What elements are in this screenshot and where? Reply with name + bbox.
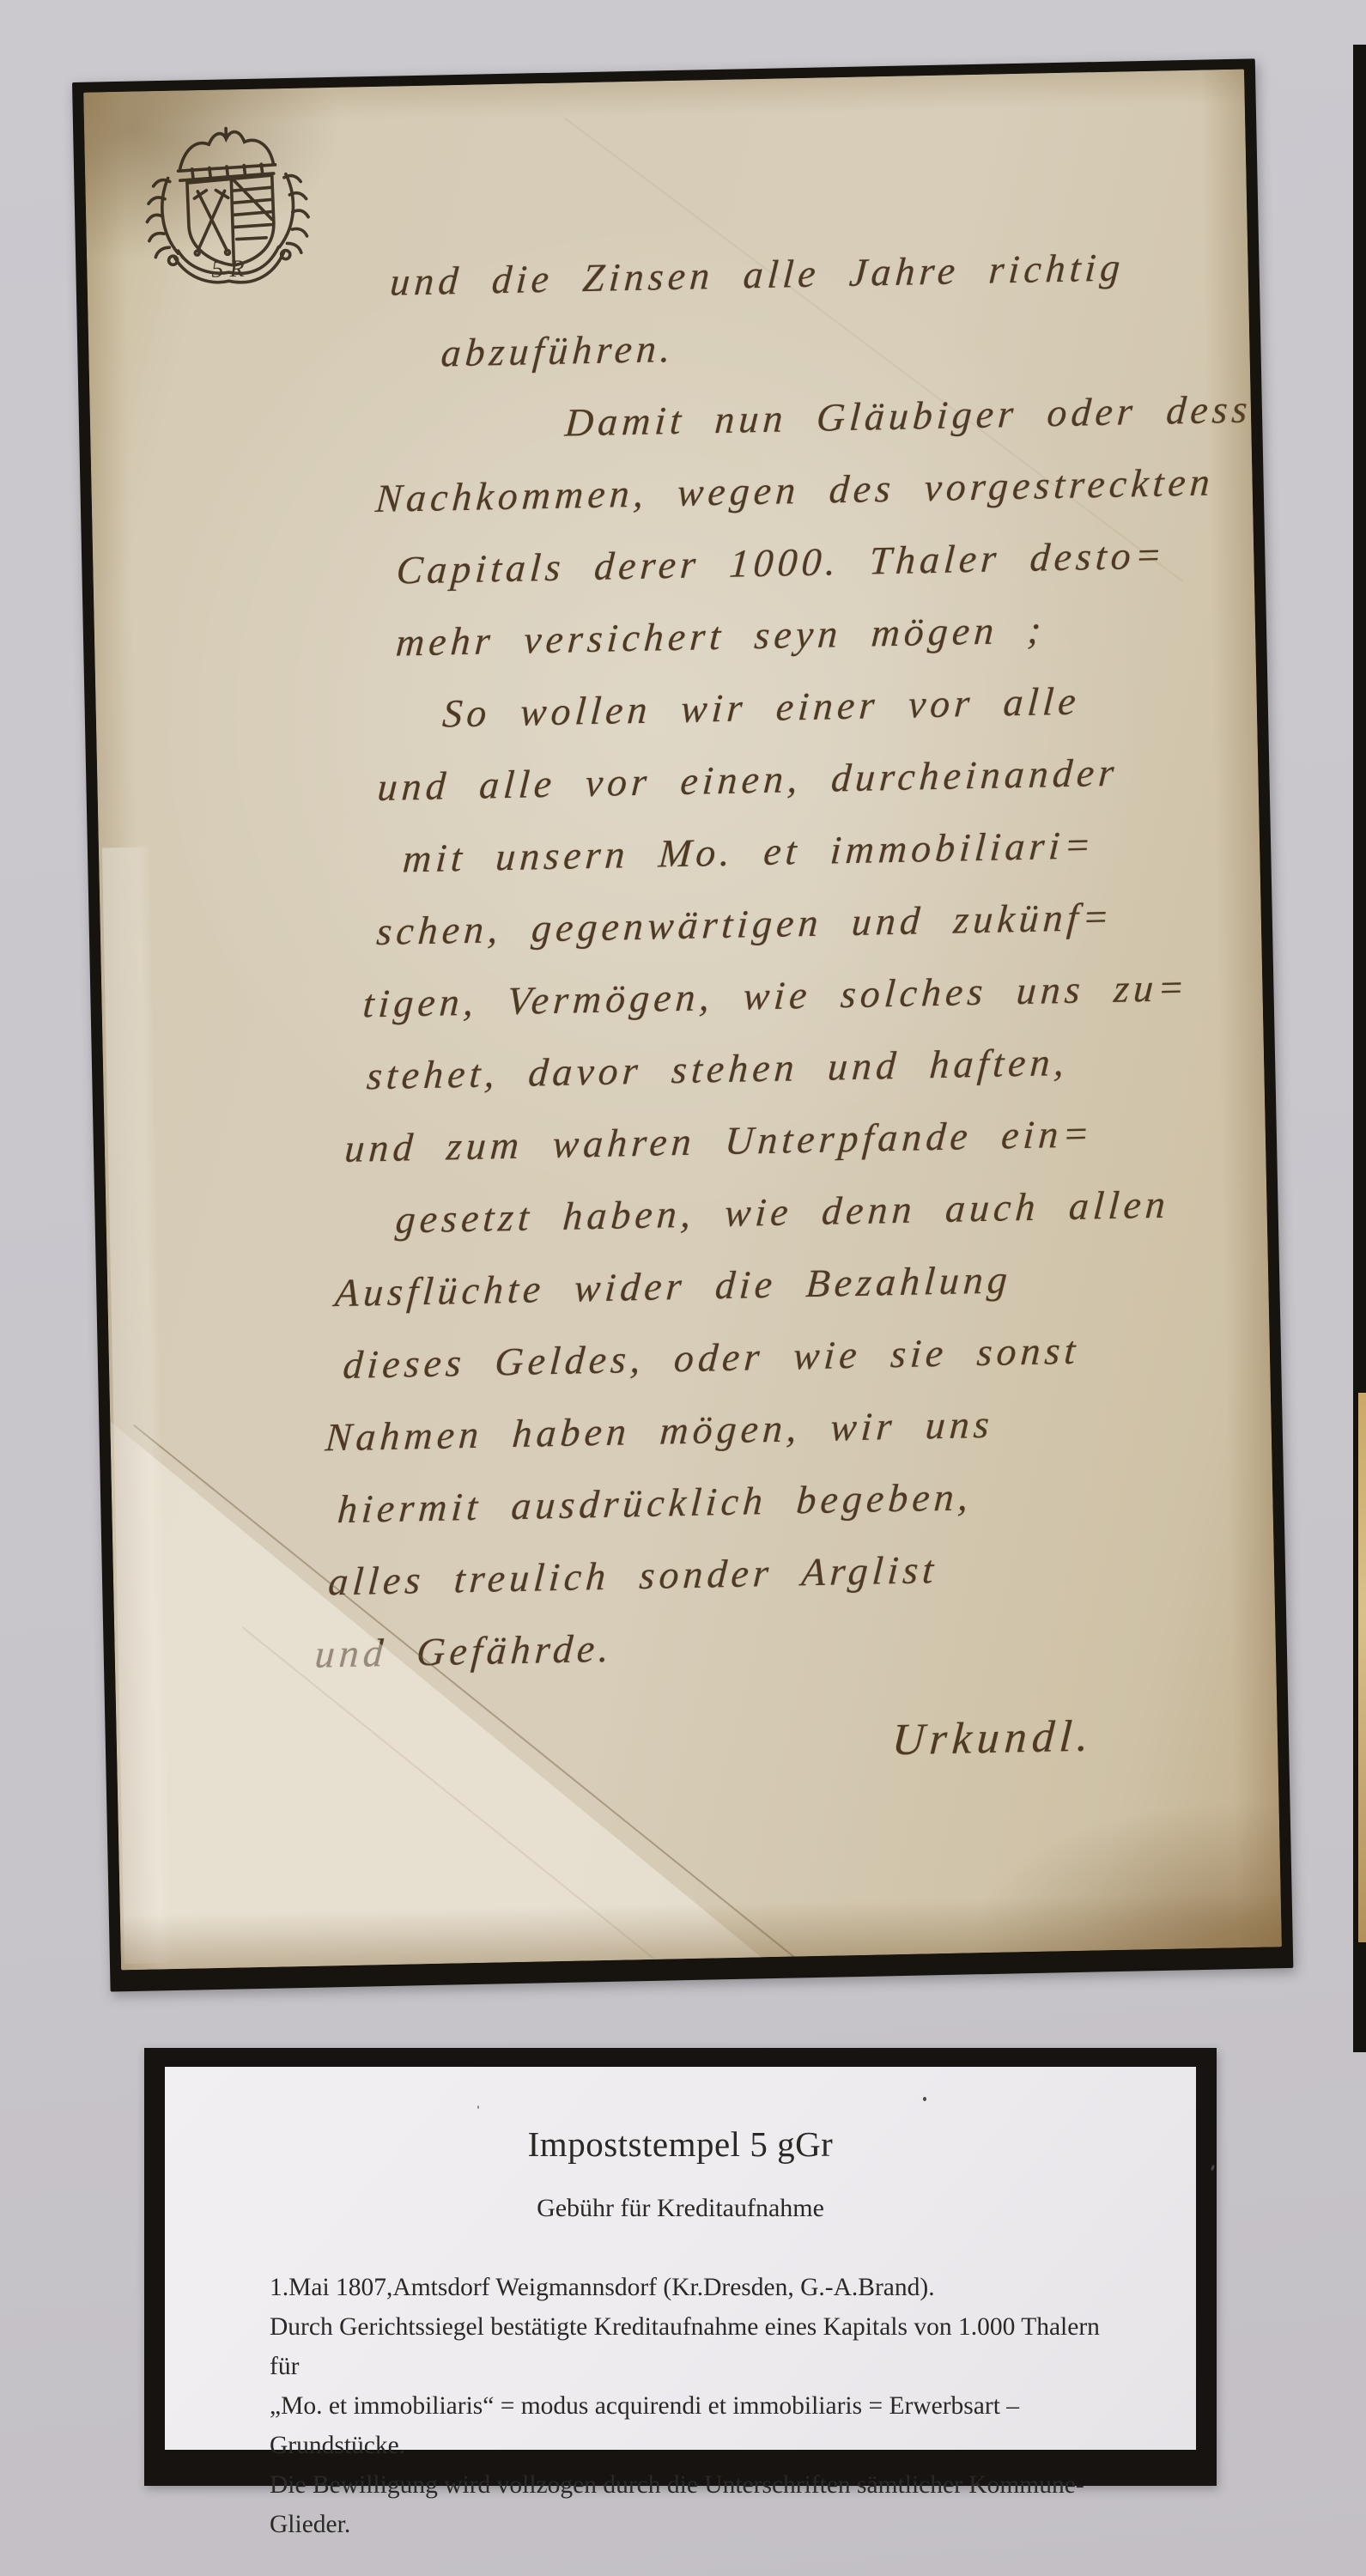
dust-speck bbox=[477, 2105, 479, 2109]
label-title: Impoststempel 5 gGr bbox=[165, 2123, 1196, 2165]
manuscript-text: und die Zinsen alle Jahre richtig abzufü… bbox=[288, 227, 1281, 1789]
manuscript-closing-word: Urkundl. bbox=[889, 1698, 1238, 1777]
manuscript-frame: 5 R und die Zinsen alle Jahre richtig ab… bbox=[72, 58, 1293, 1991]
adjacent-paper-peek bbox=[1358, 1393, 1366, 1942]
label-card: Impoststempel 5 gGr Gebühr für Kreditauf… bbox=[144, 2048, 1217, 2486]
photo-background: 5 R und die Zinsen alle Jahre richtig ab… bbox=[0, 0, 1366, 2576]
label-subtitle: Gebühr für Kreditaufnahme bbox=[165, 2194, 1196, 2223]
label-body-line: Die Bewilligung wird vollzogen durch die… bbox=[270, 2465, 1102, 2544]
manuscript-paper: 5 R und die Zinsen alle Jahre richtig ab… bbox=[83, 70, 1282, 1971]
label-body-line: 1.Mai 1807,Amtsdorf Weigmannsdorf (Kr.Dr… bbox=[270, 2268, 1102, 2307]
adjacent-frame-sliver bbox=[1353, 45, 1366, 2052]
label-body: 1.Mai 1807,Amtsdorf Weigmannsdorf (Kr.Dr… bbox=[270, 2268, 1102, 2544]
stamp-banner-text: 5 R bbox=[211, 256, 245, 283]
label-body-line: „Mo. et immobiliaris“ = modus acquirendi… bbox=[270, 2386, 1102, 2465]
label-body-line: Durch Gerichtssiegel bestätigte Kreditau… bbox=[270, 2307, 1102, 2386]
dust-speck bbox=[923, 2097, 926, 2101]
plastic-sleeve-reflection bbox=[102, 847, 171, 1964]
impost-stamp-icon: 5 R bbox=[134, 115, 319, 294]
label-card-paper: Impoststempel 5 gGr Gebühr für Kreditauf… bbox=[165, 2067, 1196, 2450]
